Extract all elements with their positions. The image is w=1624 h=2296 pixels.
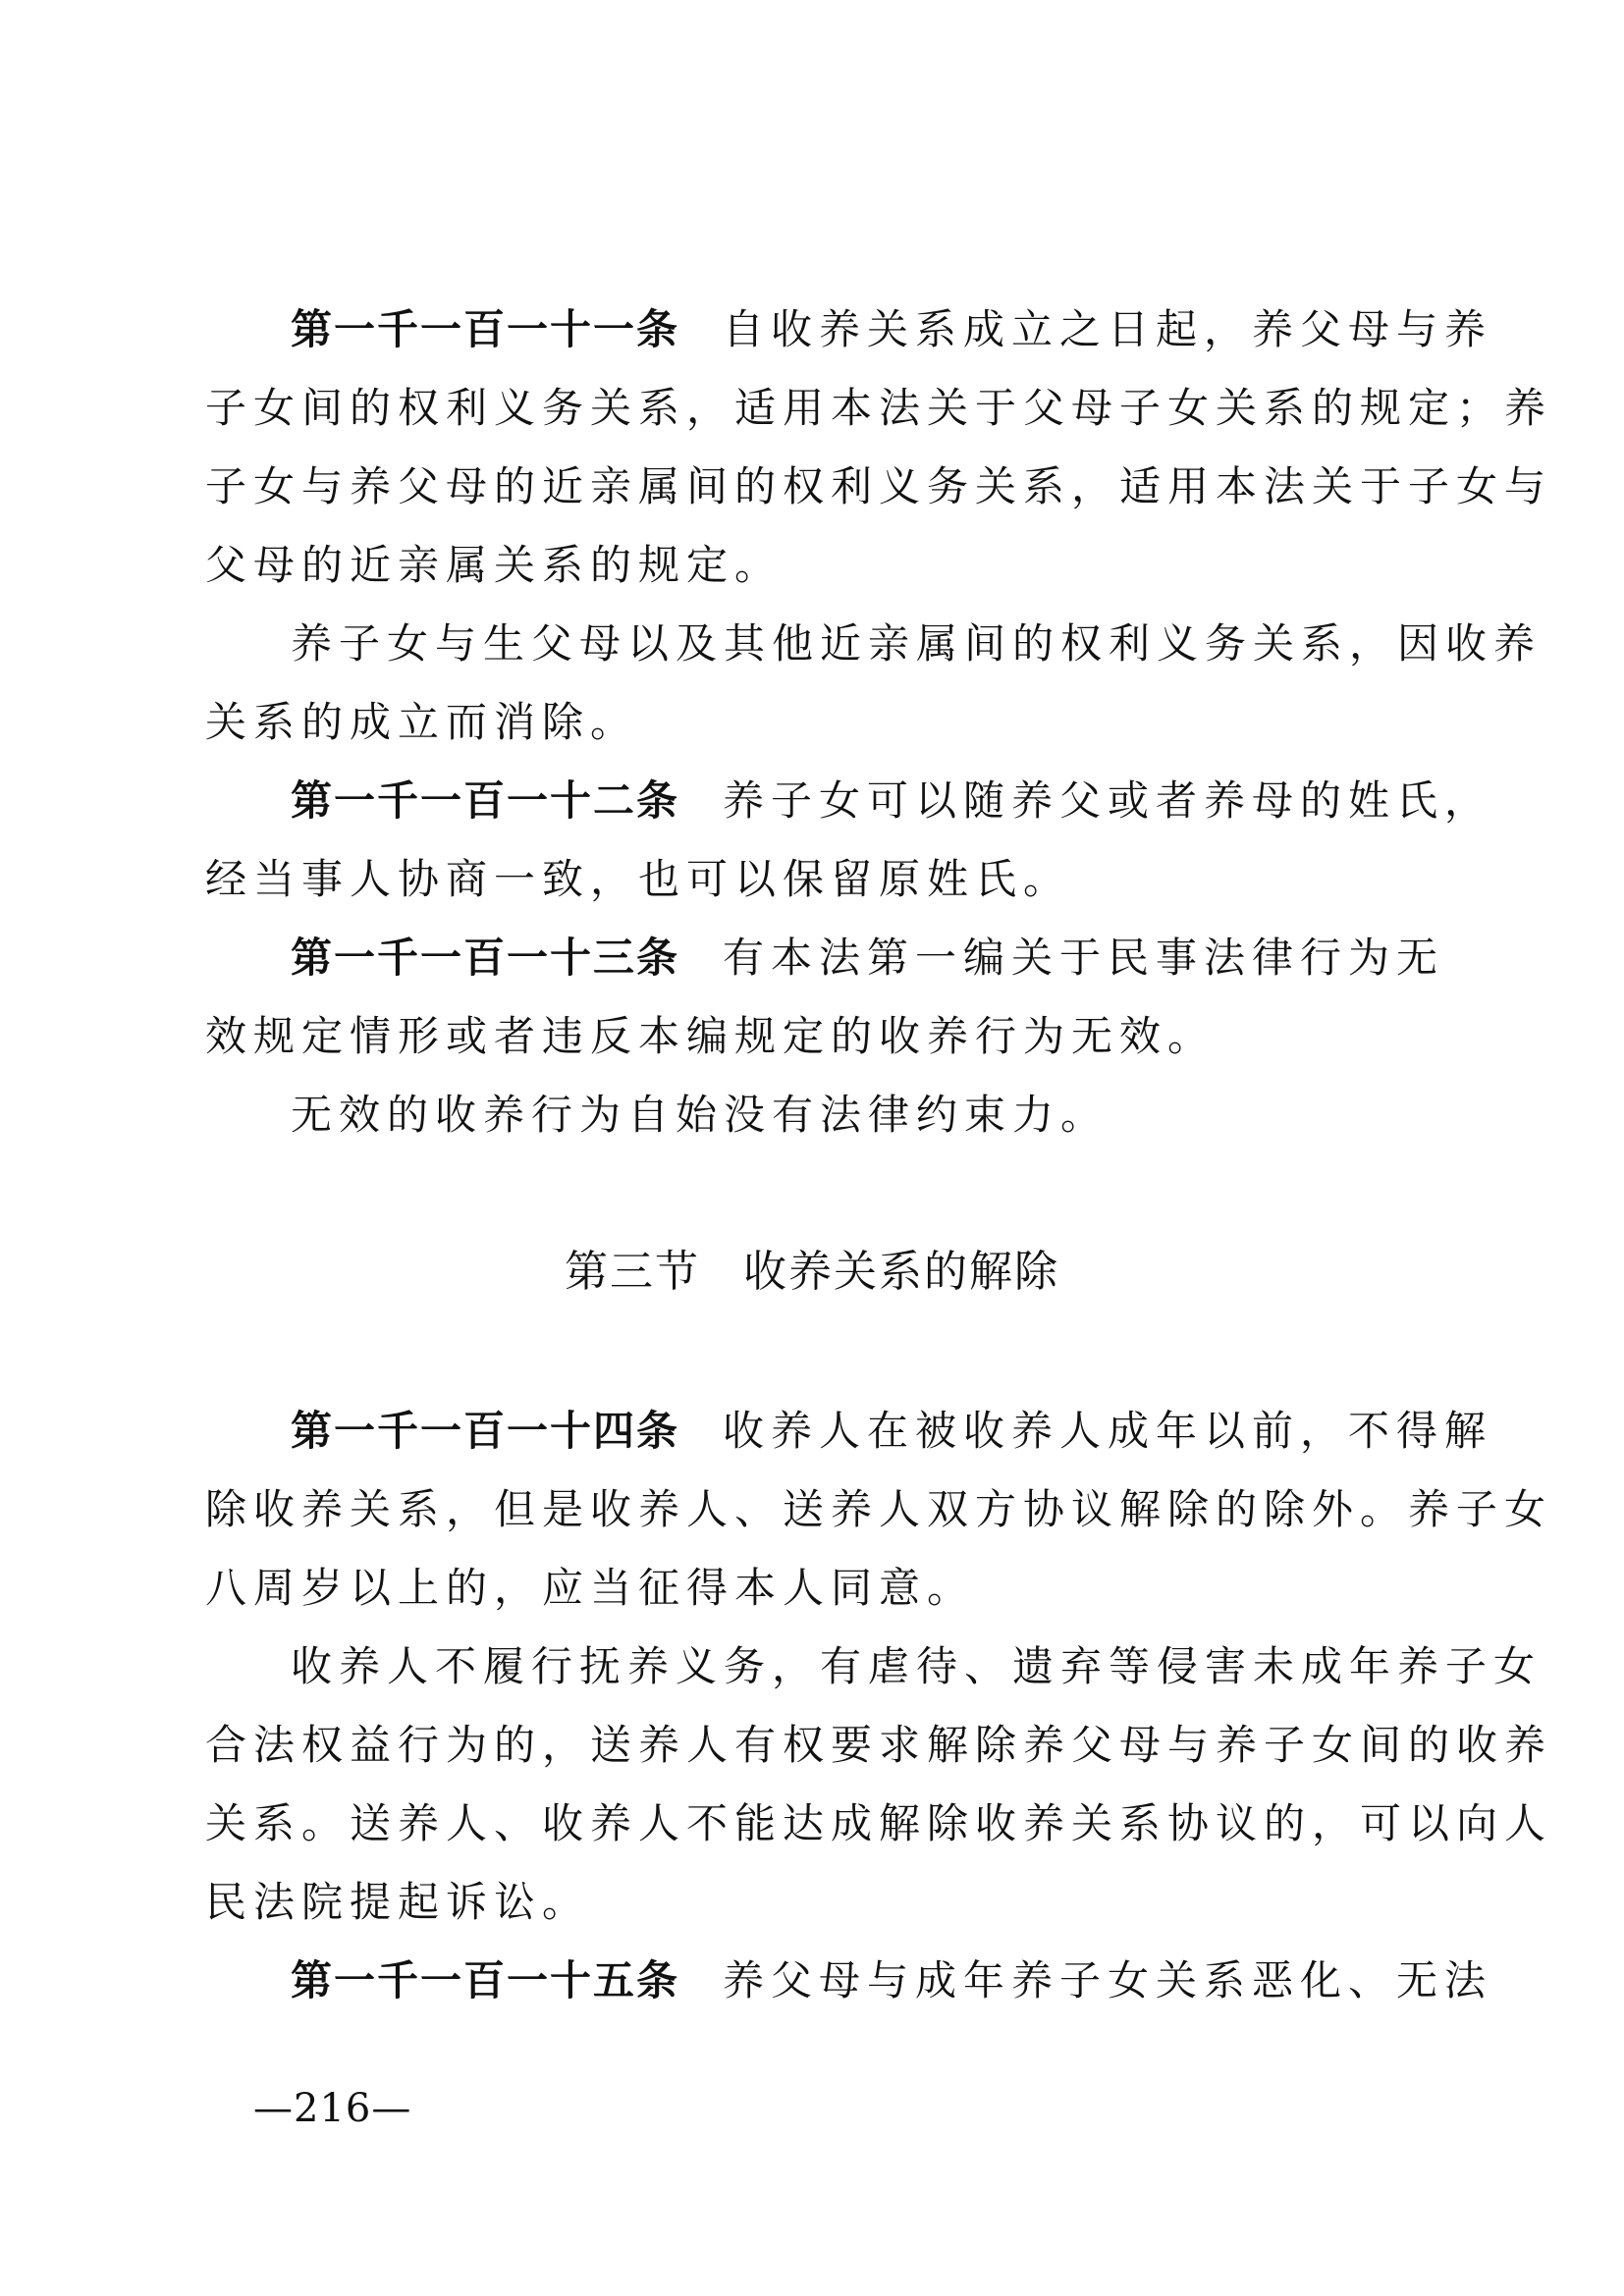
- article-number: 第一千一百一十一条: [291, 305, 679, 353]
- article-1114-para2-line-1: 收养人不履行抚养义务，有虐待、遗弃等侵害未成年养子女: [291, 1628, 1508, 1706]
- section-title: 收养关系的解除: [743, 1247, 1059, 1297]
- article-text: 有本法第一编关于民事法律行为无: [723, 934, 1444, 982]
- document-page: 第一千一百一十一条自收养关系成立之日起，养父母与养 子女间的权利义务关系，适用本…: [0, 0, 1624, 2296]
- section-heading: 第三节收养关系的解除: [0, 1233, 1624, 1311]
- article-1111-line-2: 子女间的权利义务关系，适用本法关于父母子女关系的规定；养: [205, 369, 1423, 448]
- article-number: 第一千一百一十五条: [291, 1956, 679, 2004]
- article-1114-line-1: 第一千一百一十四条收养人在被收养人成年以前，不得解: [291, 1392, 1508, 1470]
- article-1111-para2-line-2: 关系的成立而消除。: [205, 683, 1423, 762]
- article-1115-line-1: 第一千一百一十五条养父母与成年养子女关系恶化、无法: [291, 1942, 1508, 2020]
- article-number: 第一千一百一十四条: [291, 1407, 679, 1455]
- page-number: —216—: [253, 2079, 411, 2138]
- article-1111-line-1: 第一千一百一十一条自收养关系成立之日起，养父母与养: [291, 291, 1508, 369]
- article-text: 养父母与成年养子女关系恶化、无法: [723, 1956, 1492, 2004]
- article-1114-para2-line-3: 关系。送养人、收养人不能达成解除收养关系协议的，可以向人: [205, 1785, 1423, 1863]
- article-1111-para2-line-1: 养子女与生父母以及其他近亲属间的权利义务关系，因收养: [291, 605, 1508, 683]
- article-1111-line-4: 父母的近亲属关系的规定。: [205, 526, 1423, 605]
- article-1114-para2-line-2: 合法权益行为的，送养人有权要求解除养父母与养子女间的收养: [205, 1706, 1423, 1785]
- section-number: 第三节: [565, 1247, 700, 1297]
- article-1113-para2-line-1: 无效的收养行为自始没有法律约束力。: [291, 1076, 1508, 1154]
- article-1114-line-2: 除收养关系，但是收养人、送养人双方协议解除的除外。养子女: [205, 1470, 1423, 1549]
- article-text: 收养人在被收养人成年以前，不得解: [723, 1407, 1492, 1455]
- article-text: 养子女可以随养父或者养母的姓氏，: [723, 776, 1492, 825]
- article-1113-line-1: 第一千一百一十三条有本法第一编关于民事法律行为无: [291, 919, 1508, 997]
- article-number: 第一千一百一十二条: [291, 776, 679, 825]
- article-1112-line-2: 经当事人协商一致，也可以保留原姓氏。: [205, 840, 1423, 919]
- article-1111-line-3: 子女与养父母的近亲属间的权利义务关系，适用本法关于子女与: [205, 448, 1423, 526]
- article-1114-para2-line-4: 民法院提起诉讼。: [205, 1863, 1423, 1942]
- article-text: 自收养关系成立之日起，养父母与养: [723, 305, 1492, 353]
- article-1112-line-1: 第一千一百一十二条养子女可以随养父或者养母的姓氏，: [291, 762, 1508, 840]
- article-number: 第一千一百一十三条: [291, 934, 679, 982]
- article-1114-line-3: 八周岁以上的，应当征得本人同意。: [205, 1549, 1423, 1628]
- article-1113-line-2: 效规定情形或者违反本编规定的收养行为无效。: [205, 997, 1423, 1076]
